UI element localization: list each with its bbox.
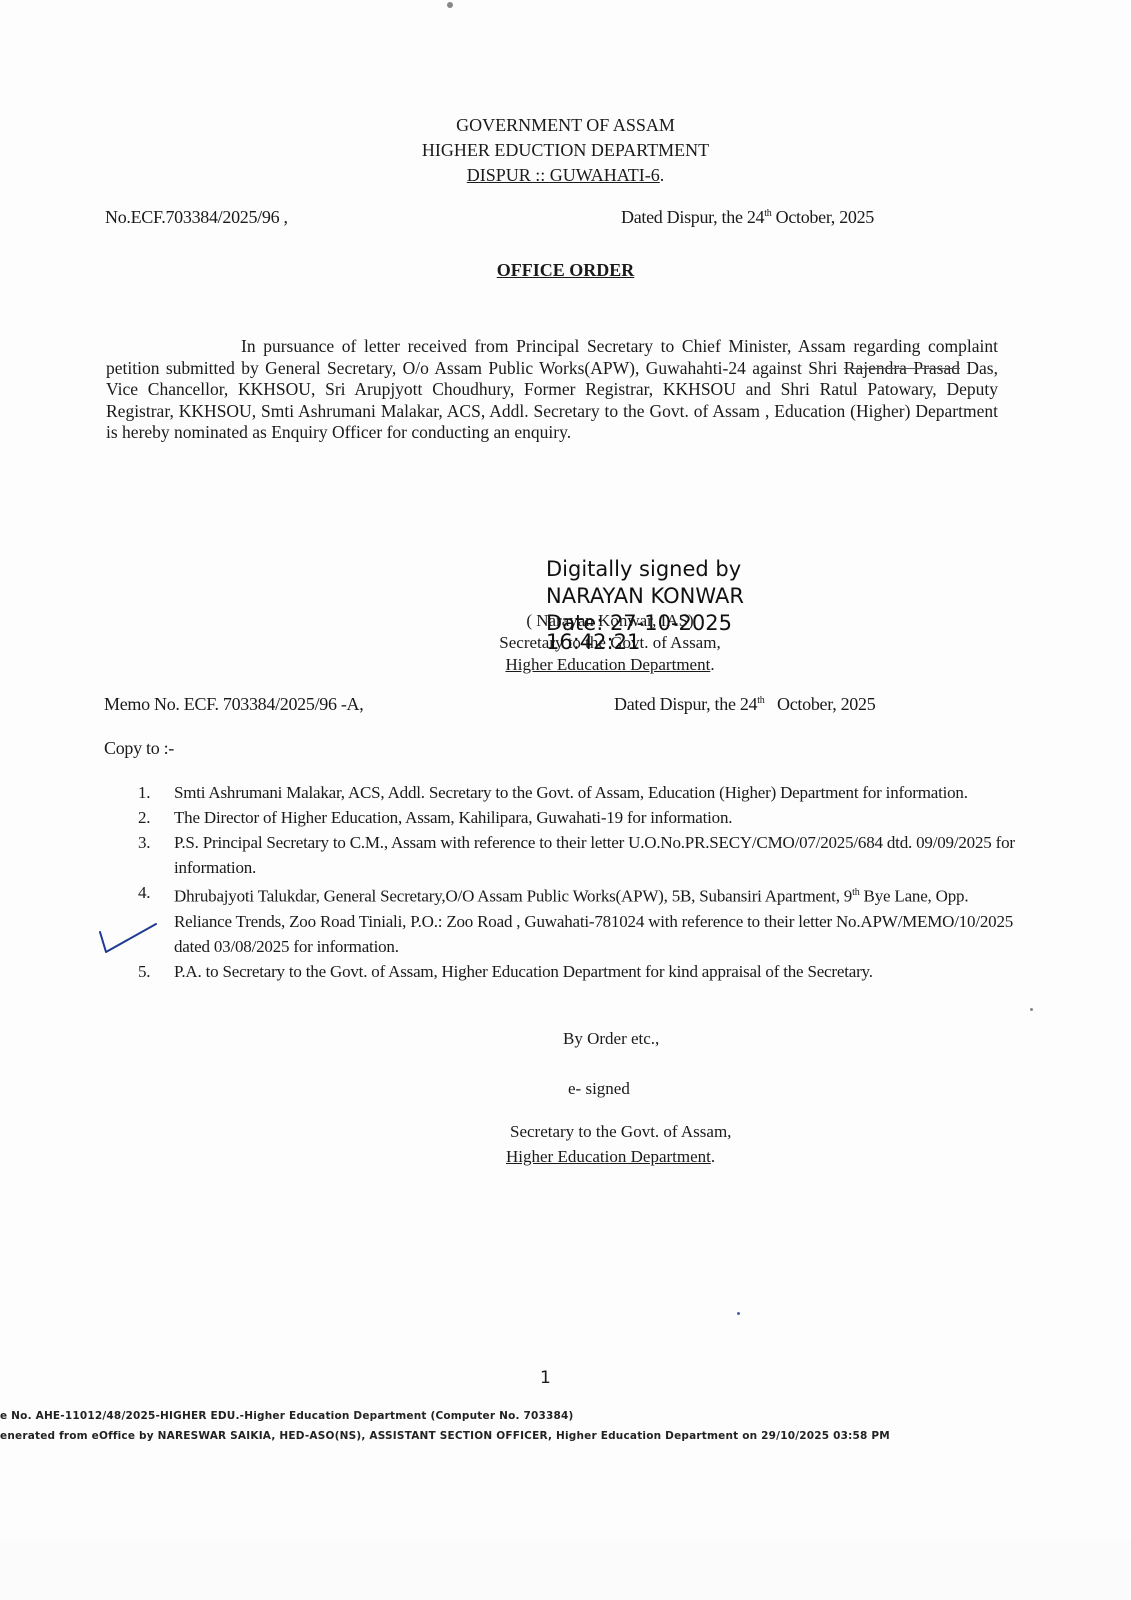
closing-department-suffix: . bbox=[711, 1147, 715, 1166]
list-item-text: The Director of Higher Education, Assam,… bbox=[174, 805, 1018, 830]
digital-signature-signer: NARAYAN KONWAR bbox=[546, 583, 744, 610]
order-number: No.ECF.703384/2025/96 , bbox=[105, 207, 288, 228]
document-title: OFFICE ORDER bbox=[0, 258, 1131, 283]
list-item: 2. The Director of Higher Education, Ass… bbox=[138, 805, 1018, 830]
list-item: 1. Smti Ashrumani Malakar, ACS, Addl. Se… bbox=[138, 780, 1018, 805]
page-number: 1 bbox=[540, 1368, 551, 1388]
list-item: 3. P.S. Principal Secretary to C.M., Ass… bbox=[138, 830, 1018, 880]
closing-department-text: Higher Education Department bbox=[506, 1147, 711, 1166]
scan-speck bbox=[447, 2, 453, 8]
order-date-suffix: October, 2025 bbox=[771, 207, 874, 227]
order-body: In pursuance of letter received from Pri… bbox=[106, 336, 998, 444]
by-order: By Order etc., bbox=[563, 1029, 659, 1049]
header-address-text: DISPUR :: GUWAHATI-6 bbox=[467, 165, 660, 185]
list-item-text: P.S. Principal Secretary to C.M., Assam … bbox=[174, 830, 1018, 880]
signatory-department-suffix: . bbox=[710, 655, 714, 674]
signatory-department: Higher Education Department. bbox=[470, 654, 750, 676]
header-department: HIGHER EDUCTION DEPARTMENT bbox=[0, 138, 1131, 163]
header-address: DISPUR :: GUWAHATI-6. bbox=[0, 163, 1131, 188]
digital-signature-label: Digitally signed by bbox=[546, 556, 744, 583]
list-item-text: Dhrubajyoti Talukdar, General Secretary,… bbox=[174, 880, 1018, 959]
list-item: 5. P.A. to Secretary to the Govt. of Ass… bbox=[138, 959, 1018, 984]
list-item-number: 2. bbox=[138, 805, 174, 830]
closing-designation: Secretary to the Govt. of Assam, bbox=[510, 1122, 731, 1142]
list-item-sup: th bbox=[852, 887, 859, 898]
footer-generated-by: enerated from eOffice by NARESWAR SAIKIA… bbox=[0, 1430, 890, 1442]
header-address-suffix: . bbox=[660, 165, 665, 185]
list-item: 4. Dhrubajyoti Talukdar, General Secreta… bbox=[138, 880, 1018, 959]
copy-to-label: Copy to :- bbox=[104, 738, 174, 759]
list-item-number: 5. bbox=[138, 959, 174, 984]
e-signed: e- signed bbox=[568, 1079, 630, 1099]
memo-date-prefix: Dated Dispur, the 24 bbox=[614, 694, 757, 714]
list-item-number: 3. bbox=[138, 830, 174, 880]
digital-signature-stamp: Digitally signed by NARAYAN KONWAR Date:… bbox=[546, 556, 744, 656]
handwritten-checkmark-icon bbox=[98, 922, 158, 956]
page-edge bbox=[0, 1540, 1131, 1600]
list-item-number: 1. bbox=[138, 780, 174, 805]
list-item-text: Smti Ashrumani Malakar, ACS, Addl. Secre… bbox=[174, 780, 1018, 805]
footer-file-number: e No. AHE-11012/48/2025-HIGHER EDU.-High… bbox=[0, 1410, 574, 1422]
list-item-text: P.A. to Secretary to the Govt. of Assam,… bbox=[174, 959, 1018, 984]
closing-department: Higher Education Department. bbox=[506, 1147, 715, 1167]
document-title-text: OFFICE ORDER bbox=[497, 260, 635, 280]
signatory-department-text: Higher Education Department bbox=[505, 655, 710, 674]
memo-date-suffix: October, 2025 bbox=[764, 694, 875, 714]
scan-speck bbox=[1030, 1008, 1033, 1011]
copy-list: 1. Smti Ashrumani Malakar, ACS, Addl. Se… bbox=[138, 780, 1018, 984]
scan-speck bbox=[737, 1312, 740, 1315]
order-body-struck: Rajendra Prasad bbox=[844, 358, 960, 378]
memo-date: Dated Dispur, the 24th October, 2025 bbox=[614, 694, 875, 715]
header-government: GOVERNMENT OF ASSAM bbox=[0, 113, 1131, 138]
order-date: Dated Dispur, the 24th October, 2025 bbox=[621, 207, 874, 228]
list-item-text-a: Dhrubajyoti Talukdar, General Secretary,… bbox=[174, 887, 852, 906]
memo-number: Memo No. ECF. 703384/2025/96 -A, bbox=[104, 694, 363, 715]
order-date-prefix: Dated Dispur, the 24 bbox=[621, 207, 764, 227]
